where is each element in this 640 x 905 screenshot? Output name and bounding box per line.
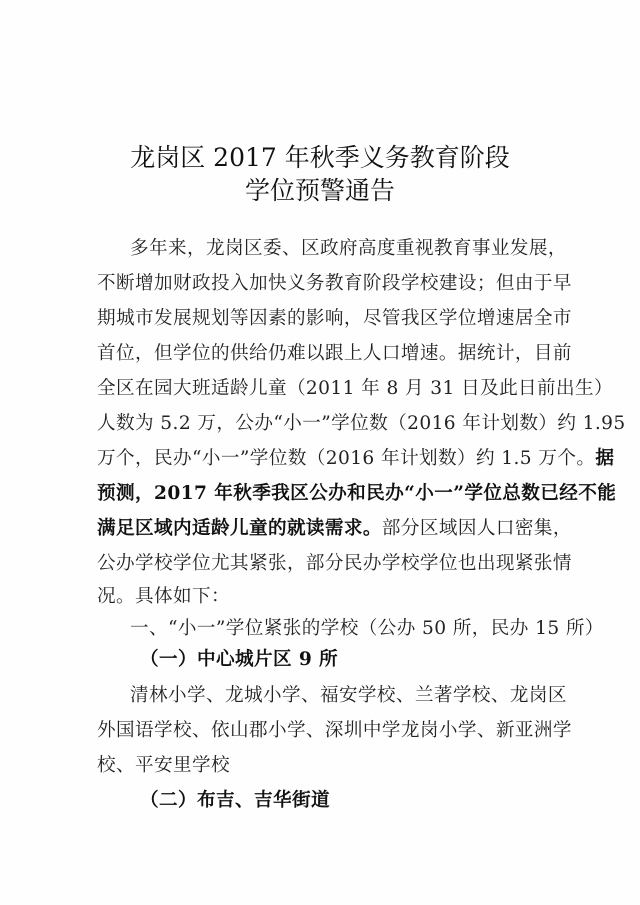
paragraph-line: 首位，但学位的供给仍难以跟上人口增速。据统计，目前 (97, 341, 557, 367)
subsection-heading: （一）中心城片区 9 所 (140, 647, 600, 673)
emphasis-text: 满足区域内适龄儿童的就读需求。 (97, 518, 382, 539)
paragraph-line: 公办学校学位尤其紧张，部分民办学校学位也出现紧张情 (97, 551, 557, 577)
emphasis-text: 据 (595, 448, 614, 469)
paragraph-line: 满足区域内适龄儿童的就读需求。部分区域因人口密集， (97, 516, 557, 542)
school-list-line: 清林小学、龙城小学、福安学校、兰著学校、龙岗区 (130, 683, 590, 709)
paragraph-line: 人数为 5.2 万，公办“小一”学位数（2016 年计划数）约 1.95 (97, 411, 557, 437)
subsection-heading: （二）布吉、吉华街道 (140, 788, 600, 814)
document-title-line2: 学位预警通告 (0, 175, 640, 207)
document-page: 龙岗区 2017 年秋季义务教育阶段 学位预警通告 多年来，龙岗区委、区政府高度… (0, 0, 640, 905)
paragraph-line: 不断增加财政投入加快义务教育阶段学校建设；但由于早 (97, 271, 557, 297)
paragraph-line: 况。具体如下： (97, 584, 557, 610)
paragraph-text: 万个，民办“小一”学位数（2016 年计划数）约 1.5 万个。 (97, 448, 595, 469)
document-title-line1: 龙岗区 2017 年秋季义务教育阶段 (0, 142, 640, 174)
paragraph-line: 多年来，龙岗区委、区政府高度重视教育事业发展， (130, 236, 590, 262)
paragraph-line: 全区在园大班适龄儿童（2011 年 8 月 31 日及此日前出生） (97, 376, 557, 402)
school-list-line: 外国语学校、依山郡小学、深圳中学龙岗小学、新亚洲学 (97, 718, 557, 744)
school-list-line: 校、平安里学校 (97, 753, 557, 779)
paragraph-line: 期城市发展规划等因素的影响，尽管我区学位增速居全市 (97, 306, 557, 332)
emphasis-line: 预测，2017 年秋季我区公办和民办“小一”学位总数已经不能 (97, 481, 557, 507)
paragraph-line: 万个，民办“小一”学位数（2016 年计划数）约 1.5 万个。据 (97, 446, 557, 472)
section-heading: 一、“小一”学位紧张的学校（公办 50 所，民办 15 所） (130, 616, 590, 642)
paragraph-text: 部分区域因人口密集， (382, 518, 572, 539)
